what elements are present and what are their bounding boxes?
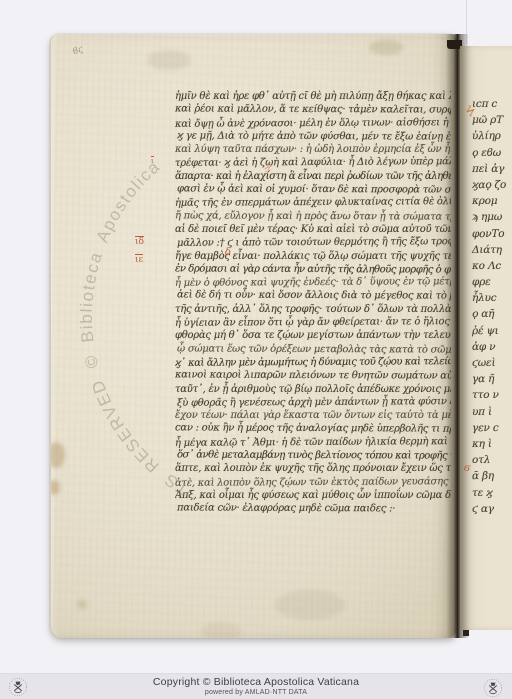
facing-page-text-line: ϙ εϐω [472, 145, 506, 161]
facing-page-text-line: πεὶ ἀγ [472, 161, 506, 177]
facing-page-text-line: υπ ὶ [472, 404, 506, 420]
manuscript-text-line: ὅσ᾽ ἀνθὲ μεταλαμβάνῃ τινὸς βελτίονος τόπ… [177, 448, 451, 462]
facing-page-text-line: ττο ν [472, 387, 506, 403]
manuscript-text-line: παιδεία ϲῶν· ἐλαφρόρας μηδὲ ϲῶμα παιδες … [177, 502, 451, 516]
manuscript-text-line: ἅπτε, καὶ λοιπὸν ἐκ ψυχῆς τῆς ὅλης πρόνο… [175, 462, 451, 475]
manuscript-text-line: ἀεὶ δὲ δή τι οὖν· καὶ ὅσον ἄλλοις διὰ τὸ… [177, 289, 451, 303]
facing-page-text-line: κο Λϲ [472, 258, 506, 274]
manuscript-text-line: ταῦτ᾽, ἐν ᾗ ἀριθμοὺς τῷ βίῳ πολλοῖς ἀπέδ… [175, 383, 451, 396]
facing-page-text-line: ϛωεὶ [472, 355, 506, 371]
facing-page-text-line: ᾱ βη [472, 468, 506, 485]
manuscript-text-line: ἀτὲ, καὶ λοιπὸν ὅλης ζῴων τῶν ἐκτὸς παίδ… [175, 475, 451, 490]
manuscript-text-line: ξὺ φθορᾶς ἢ γενέσεως ἀρχὴ μὲν ἁπάντων ᾗ … [177, 395, 451, 410]
red-margin-numeral-14: ιδ [135, 236, 144, 247]
manuscript-text-line: τρέφεται· ϗ ἀεὶ ἡ ζωὴ καὶ λαφύλια· ἦ Διὸ… [175, 156, 451, 171]
manuscript-text-line: Ἀπξ, καὶ οἶμαι ἧς φύσεως καὶ μύθοις ὧν ἱ… [175, 489, 451, 502]
manuscript-viewer-screenshot: ϐϛ ἡμῖν θὲ καὶ ἦρε φθ᾽ αὐτῇ ϲῖ θὲ μὴ πιλ… [0, 0, 512, 699]
manuscript-page: ϐϛ ἡμῖν θὲ καὶ ἦρε φθ᾽ αὐτῇ ϲῖ θὲ μὴ πιλ… [50, 34, 456, 638]
footer-copyright-text: Copyright © Biblioteca Apostolica Vatica… [0, 676, 512, 688]
manuscript-text-line: τῆς ἀντιῆς, ἀλλ᾽ ὅλης τροφῆς· τούτων δ᾽ … [175, 303, 451, 316]
facing-page-text-line: μῶ ρΤ [472, 112, 506, 128]
facing-page-text-line: φρε [472, 274, 506, 291]
manuscript-text-line: μᾶλλον :† ϛ ι ἀπὸ τῶν τοιούτων θερμότης … [177, 235, 451, 250]
facing-page-text-line: ϗαϙ ζο [472, 177, 506, 194]
facing-page-text-line: ὐλίηρ [472, 128, 506, 145]
manuscript-text-line: καινοὶ καιροὶ λιπαρῶν πλειόνων τε θνητῶν… [175, 369, 451, 384]
facing-page-text-line: ἀφ ν [472, 339, 506, 355]
red-margin-numeral-small: ι [151, 156, 154, 165]
foxing-stain [50, 442, 65, 468]
foxing-stain [147, 50, 191, 70]
facing-page-text-line: κρομ [472, 193, 506, 209]
foxing-stain [275, 590, 345, 620]
manuscript-text-line: ϗ γε μῇ, Διὰ τὸ μήτε ἀπὸ τῶν φύσθαι, μέν… [177, 129, 451, 143]
greek-text-block: ἡμῖν θὲ καὶ ἦρε φθ᾽ αὐτῇ ϲῖ θὲ μὴ πιλύπῃ… [175, 90, 451, 526]
manuscript-text-line: ἦ ὑγίειαν ἂν εἶπον ὅτι ᾧ γὰρ ἄν φθείρετα… [175, 315, 451, 330]
footer-powered-by-text: powered by AMLAD·NTT DATA [0, 689, 512, 696]
facing-page-text-line: οτλ [472, 452, 506, 468]
red-initial-bottom: ϭ [463, 460, 471, 476]
facing-page-text-line: ϡ ημω [472, 209, 506, 225]
facing-page-text-line: Διάτη [472, 242, 506, 258]
manuscript-text-line: καὶ ῥέοι καὶ μᾶλλον, ἅ τε κείθψας· τἀμὲν… [175, 103, 451, 118]
red-margin-numeral-15: ιε [135, 254, 143, 265]
manuscript-text-line: φθορὰς μή θ᾽ ὅσα τε ζῴων μεγίστων ἁπάντω… [175, 329, 451, 342]
manuscript-text-line: ϲαν : οὐκ ἢν ἦ μέρος τῆς ἀναλογίας μηδὲ … [175, 422, 451, 437]
facing-page-text-line: ιϲπ ϲ [472, 96, 506, 112]
facing-page-text-fragments: ιϲπ ϲμῶ ρΤὐλίηρϙ εϐωπεὶ ἀγϗαϙ ζοκρομϡ ημ… [472, 96, 506, 517]
manuscript-text-line: ἤ πὼς χά, εὔλογον ᾗ καὶ ἡ πρὸς ἄνω ὅταν … [175, 209, 451, 224]
manuscript-text-line: ἅπαρτα· καὶ ἡ ἐλαχίστη ἃ εἶναι περὶ ῥωδί… [175, 170, 451, 183]
foxing-stain [77, 600, 87, 609]
manuscript-text-line: ἡμᾶς τῆς ἐν σπερμάτων ἀπέχειν φλυκταίνας… [175, 196, 451, 211]
facing-page-text-line: φονΤο [472, 225, 506, 242]
foxing-stain [50, 480, 60, 495]
facing-page-text-line: κη ὶ [472, 436, 506, 452]
manuscript-text-line: ἤγε θαμβὸς εἶναι· πολλάκις τῷ ὅλῳ σώματι… [175, 250, 451, 263]
foxing-stain [369, 40, 403, 55]
facing-page-text-line: ϙ αῆ [472, 306, 506, 322]
manuscript-text-line: ἡμῖν θὲ καὶ ἦρε φθ᾽ αὐτῇ ϲῖ θὲ μὴ πιλύπῃ… [175, 90, 451, 103]
vatican-library-seal-icon [483, 678, 503, 698]
facing-page-text-line: γεν ϲ [472, 420, 506, 437]
vatican-library-seal-icon [8, 677, 28, 697]
facing-page-text-line: ῥέ ψι [472, 322, 506, 339]
facing-page-sliver: Ϟ ϭ ιϲπ ϲμῶ ρΤὐλίηρϙ εϐωπεὶ ἀγϗαϙ ζοκρομ… [460, 46, 512, 630]
manuscript-text-line: ἔχον τέων· πάλαι γὰρ ἕκαστα τῶν ὄντων εἰ… [175, 409, 451, 422]
manuscript-text-line: αἱ δὲ ποιεῖ θεῖ μὲν τέρας· Κὐ καὶ αἰεὶ τ… [175, 223, 451, 236]
red-inline-rubric: δ [225, 248, 231, 258]
facing-page-text-line: γα ῆ [472, 371, 506, 388]
foxing-stain [201, 622, 241, 638]
facing-page-text-line: τε ϗ [472, 485, 506, 501]
folio-corner-mark: ϐϛ [72, 45, 85, 58]
manuscript-text-line: ᾧ σώματι ἕως τῶν ὀρέξεων μεταβολὰς τὰς κ… [177, 342, 451, 356]
facing-page-text-line: ϛ αγ [472, 501, 506, 517]
facing-page-text-line: ἦλυϲ [472, 290, 506, 306]
manuscript-text-line: καὶ ὄψῃ ὦ ἀνὲ χρόνασοι· μέλη ἐν ὅλῳ τινω… [175, 116, 451, 131]
